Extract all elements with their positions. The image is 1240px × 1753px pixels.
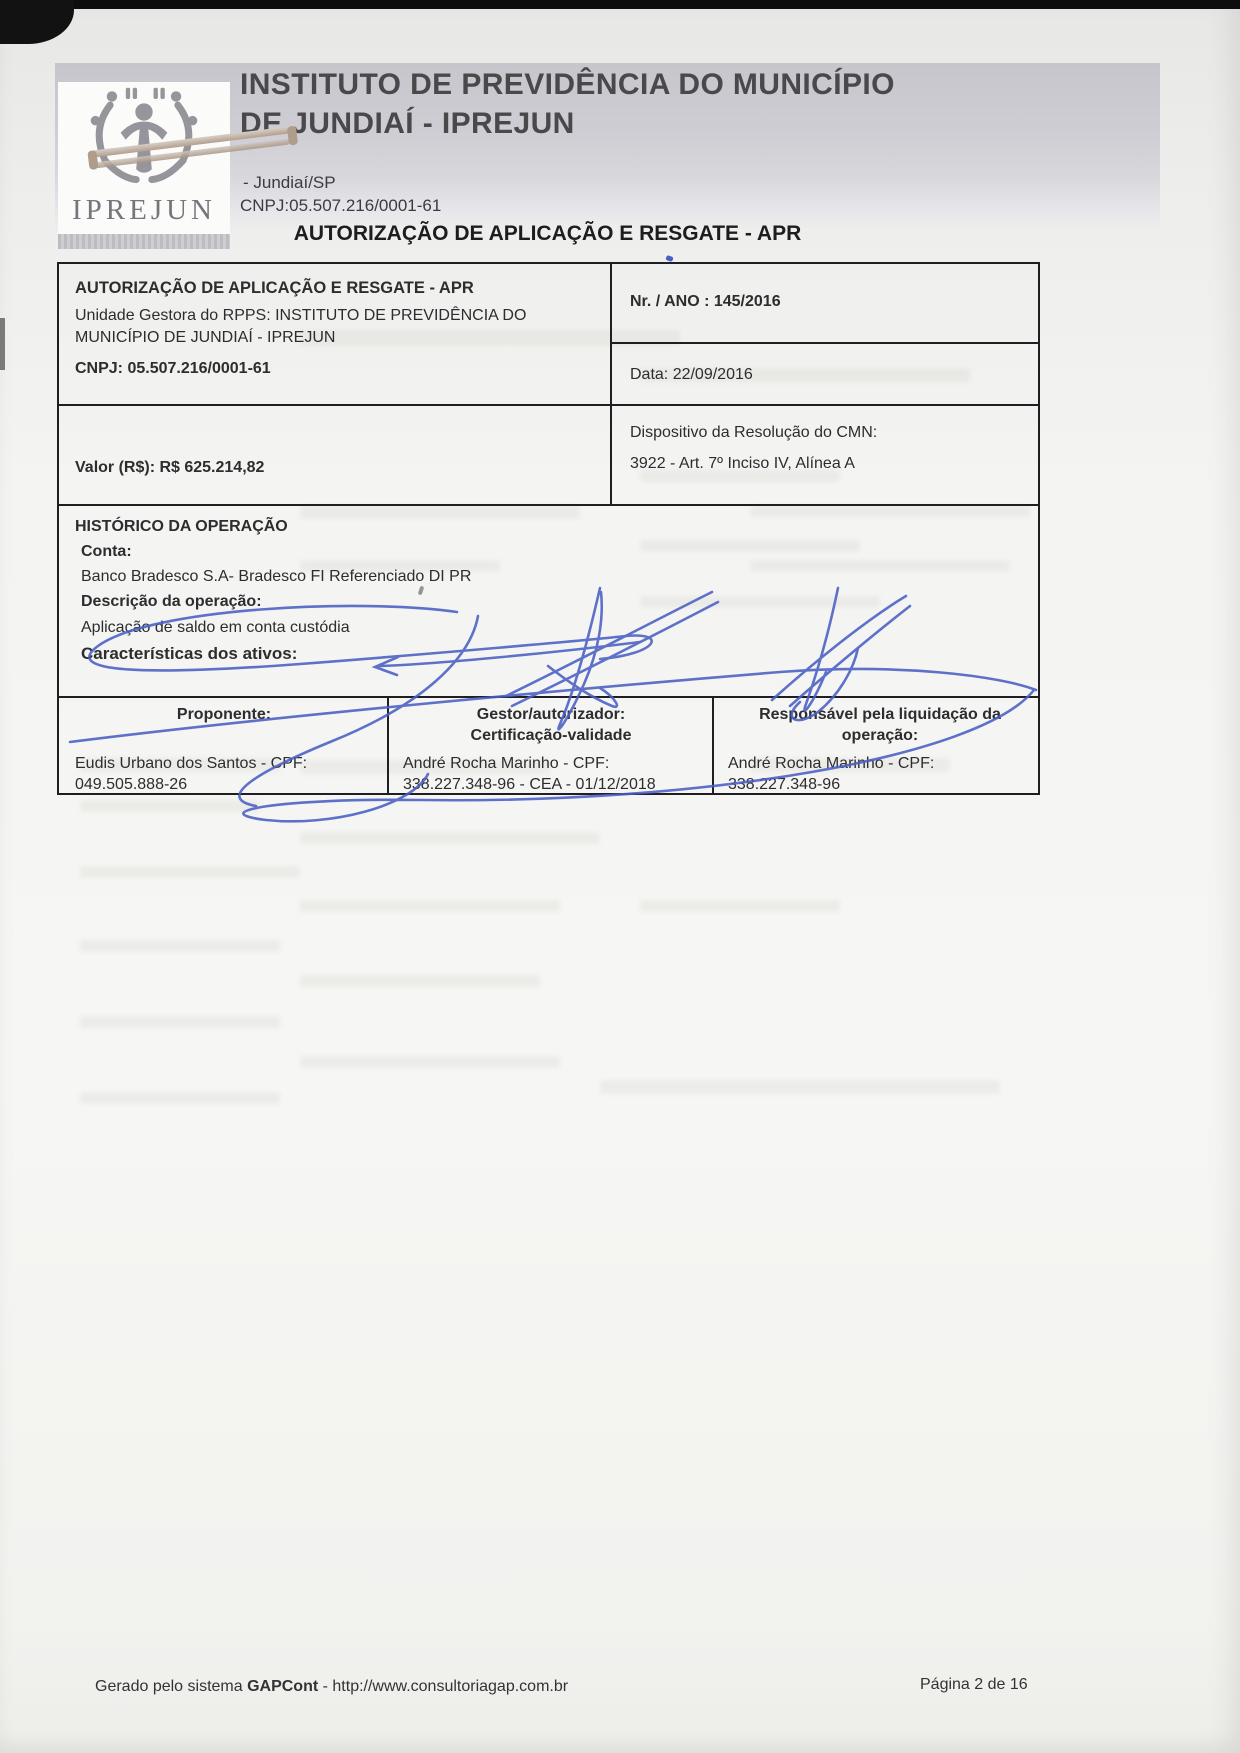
document-title: AUTORIZAÇÃO DE APLICAÇÃO E RESGATE - APR bbox=[55, 222, 1040, 246]
bleedthrough-smudge bbox=[300, 1056, 560, 1068]
apr-section-title: AUTORIZAÇÃO DE APLICAÇÃO E RESGATE - APR bbox=[75, 277, 474, 299]
bleedthrough-smudge bbox=[80, 866, 300, 878]
signature-divider-1 bbox=[387, 696, 389, 793]
signature-name-gestor: André Rocha Marinho - CPF: 338.227.348-9… bbox=[403, 753, 656, 795]
dispositivo-value: 3922 - Art. 7º Inciso IV, Alínea A bbox=[630, 453, 855, 475]
org-name-line1: INSTITUTO DE PREVIDÊNCIA DO MUNICÍPIO bbox=[240, 68, 895, 102]
dispositivo-label: Dispositivo da Resolução do CMN: bbox=[630, 422, 877, 444]
valor-value: Valor (R$): R$ 625.214,82 bbox=[75, 457, 264, 479]
signature-divider-2 bbox=[712, 696, 714, 793]
signature-role-liquidacao: Responsável pela liquidação da operação: bbox=[735, 704, 1025, 746]
data-value: Data: 22/09/2016 bbox=[630, 364, 753, 386]
signature-role-gestor: Gestor/autorizador: Certificação-validad… bbox=[397, 704, 705, 746]
table-line-under-nrano bbox=[610, 342, 1038, 344]
nr-ano-value: Nr. / ANO : 145/2016 bbox=[630, 291, 781, 313]
form-cnpj: CNPJ: 05.507.216/0001-61 bbox=[75, 358, 271, 380]
unidade-gestora: Unidade Gestora do RPPS: INSTITUTO DE PR… bbox=[75, 305, 545, 349]
footer-page-number: Página 2 de 16 bbox=[920, 1676, 1028, 1694]
bleedthrough-smudge bbox=[300, 975, 540, 987]
bleedthrough-smudge bbox=[80, 1092, 280, 1104]
historico-title: HISTÓRICO DA OPERAÇÃO bbox=[75, 516, 288, 538]
signature-name-liquidacao: André Rocha Marinho - CPF: 338.227.348-9… bbox=[728, 753, 934, 795]
descricao-label: Descrição da operação: bbox=[81, 591, 262, 613]
footer-system-name: GAPCont bbox=[247, 1678, 318, 1695]
conta-value: Banco Bradesco S.A- Bradesco FI Referenc… bbox=[81, 566, 471, 588]
signature-role-proponente: Proponente: bbox=[67, 704, 381, 726]
signature-name-proponente: Eudis Urbano dos Santos - CPF: 049.505.8… bbox=[75, 753, 307, 795]
scanned-apr-document: INSTITUTO DE PREVIDÊNCIA DO MUNICÍPIO DE… bbox=[0, 0, 1240, 1753]
table-line-row1-bottom bbox=[59, 404, 1038, 406]
bleedthrough-smudge bbox=[640, 900, 840, 912]
scan-left-mark bbox=[0, 318, 5, 370]
descricao-value: Aplicação de saldo em conta custódia bbox=[81, 617, 350, 639]
table-vertical-divider bbox=[610, 264, 612, 504]
org-cnpj: CNPJ:05.507.216/0001-61 bbox=[240, 196, 441, 216]
bleedthrough-smudge bbox=[300, 900, 560, 912]
bleedthrough-smudge bbox=[80, 1016, 280, 1028]
pen-speck bbox=[665, 255, 673, 262]
table-line-row2-bottom bbox=[59, 504, 1038, 506]
caracteristicas-label: Características dos ativos: bbox=[81, 643, 297, 665]
scan-corner-shadow bbox=[0, 0, 74, 44]
apr-table: AUTORIZAÇÃO DE APLICAÇÃO E RESGATE - APR… bbox=[57, 262, 1040, 795]
bleedthrough-smudge bbox=[80, 800, 260, 812]
footer-generated-by: Gerado pelo sistema GAPCont - http://www… bbox=[95, 1678, 568, 1696]
scan-top-edge bbox=[0, 0, 1240, 9]
conta-label: Conta: bbox=[81, 541, 132, 563]
org-location: - Jundiaí/SP bbox=[243, 173, 336, 193]
table-line-signature-top bbox=[59, 696, 1038, 698]
bleedthrough-smudge bbox=[80, 940, 280, 952]
bleedthrough-smudge bbox=[300, 832, 600, 844]
bleedthrough-smudge bbox=[600, 1080, 1000, 1094]
